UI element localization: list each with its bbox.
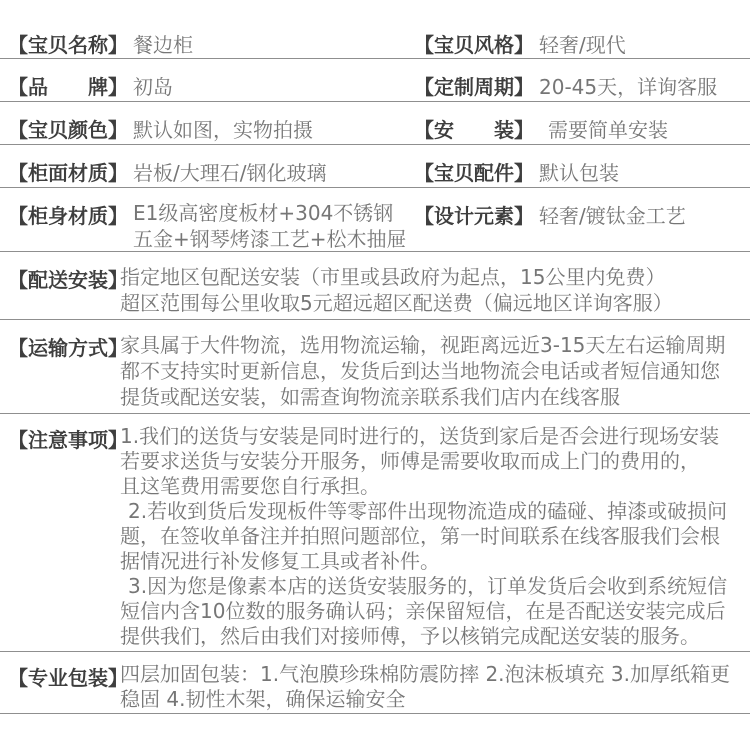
spec-value: 默认包装 (539, 161, 619, 185)
spec-table: 【宝贝名称】餐边柜 【品 牌】初岛 【宝贝颜色】默认如图，实物拍摄 【柜面材质】… (0, 0, 750, 714)
notice-paragraph-1: 1.我们的送货与安装是同时进行的，送货到家后是否会进行现场安装 若要求送货与安装… (120, 424, 750, 499)
spec-label: 【运输方式】 (8, 332, 120, 361)
spec-value-line: 且这笔费用需要您自行承担。 (120, 474, 750, 499)
spec-value: 默认如图，实物拍摄 (133, 118, 313, 142)
spec-row-brand: 【品 牌】初岛 (0, 59, 392, 102)
spec-value: 需要简单安装 (548, 118, 668, 142)
spec-row-custom-period: 【定制周期】20-45天，详询客服 (392, 59, 750, 102)
spec-value-lines: E1级高密度板材+304不锈钢 五金+钢琴烤漆工艺+松木抽屉 (133, 200, 407, 252)
spec-row-style: 【宝贝风格】轻奢/现代 (392, 22, 750, 59)
spec-row-transport-method: 【运输方式】 家具属于大件物流，选用物流运输，视距离远近3-15天左右运输周期 … (0, 320, 750, 414)
spec-value-line: 据情况进行补发修复工具或者补件。 (120, 549, 750, 574)
spec-label: 【宝贝颜色】 (8, 118, 128, 142)
spec-value-line: 短信内含10位数的服务确认码；亲保留短信，在是否配送安装完成后 (120, 599, 750, 624)
spec-value-line: 若要求送货与安装分开服务，师傅是需要收取而成上门的费用的， (120, 449, 750, 474)
spec-value-line: 题，在签收单备注并拍照问题部位，第一时间联系在线客服我们会根 (120, 524, 750, 549)
spec-value: 岩板/大理石/钢化玻璃 (133, 161, 326, 185)
spec-value: 餐边柜 (133, 33, 193, 57)
spec-label: 【宝贝名称】 (8, 33, 128, 57)
spec-value-line: E1级高密度板材+304不锈钢 (133, 200, 407, 226)
spec-value-line: 1.我们的送货与安装是同时进行的，送货到家后是否会进行现场安装 (120, 424, 750, 449)
spec-row-installation: 【安 装】需要简单安装 (392, 102, 750, 145)
spec-label: 【设计元素】 (414, 204, 534, 228)
spec-row-accessories: 【宝贝配件】默认包装 (392, 145, 750, 188)
spec-value-paragraphs: 1.我们的送货与安装是同时进行的，送货到家后是否会进行现场安装 若要求送货与安装… (120, 424, 750, 649)
spec-label: 【定制周期】 (414, 75, 534, 99)
spec-value-line: 五金+钢琴烤漆工艺+松木抽屉 (133, 226, 407, 252)
spec-value-line: 家具属于大件物流，选用物流运输，视距离远近3-15天左右运输周期 (120, 332, 750, 358)
spec-value-line: 超区范围每公里收取5元超远超区配送费（偏远地区详询客服） (120, 290, 750, 316)
spec-label: 【安 装】 (414, 118, 534, 142)
spec-value-line: 提货或配送安装，如需查询物流亲联系我们店内在线客服 (120, 384, 750, 410)
spec-value-line: 都不支持实时更新信息，发货后到达当地物流会电话或者短信通知您 (120, 358, 750, 384)
spec-value-lines: 四层加固包装：1.气泡膜珍珠棉防震防摔 2.泡沫板填充 3.加厚纸箱更 稳固 4… (120, 662, 750, 712)
spec-value: 轻奢/现代 (539, 33, 626, 57)
spec-value-line: 稳固 4.韧性木架，确保运输安全 (120, 687, 750, 712)
spec-label: 【品 牌】 (8, 75, 128, 99)
spec-value-line: 四层加固包装：1.气泡膜珍珠棉防震防摔 2.泡沫板填充 3.加厚纸箱更 (120, 662, 750, 687)
spec-value: 20-45天，详询客服 (539, 75, 717, 99)
spec-row-delivery-install: 【配送安装】 指定地区包配送安装（市里或县政府为起点，15公里内免费） 超区范围… (0, 252, 750, 320)
spec-row-body-material: 【柜身材质】 E1级高密度板材+304不锈钢 五金+钢琴烤漆工艺+松木抽屉 (0, 188, 392, 252)
spec-value-line: 指定地区包配送安装（市里或县政府为起点，15公里内免费） (120, 264, 750, 290)
spec-value-line: 3.因为您是像素本店的送货安装服务的，订单发货后会收到系统短信 (120, 574, 750, 599)
notice-paragraph-3: 3.因为您是像素本店的送货安装服务的，订单发货后会收到系统短信 短信内含10位数… (120, 574, 750, 649)
spec-label: 【配送安装】 (8, 264, 120, 293)
spec-label: 【注意事项】 (8, 424, 120, 453)
spec-row-color: 【宝贝颜色】默认如图，实物拍摄 (0, 102, 392, 145)
notice-paragraph-2: 2.若收到货后发现板件等零部件出现物流造成的磕碰、掉漆或破损问 题，在签收单备注… (120, 499, 750, 574)
spec-value: 初岛 (133, 75, 173, 99)
spec-row-professional-packing: 【专业包装】 四层加固包装：1.气泡膜珍珠棉防震防摔 2.泡沫板填充 3.加厚纸… (0, 652, 750, 714)
spec-row-notice: 【注意事项】 1.我们的送货与安装是同时进行的，送货到家后是否会进行现场安装 若… (0, 414, 750, 652)
spec-value-lines: 家具属于大件物流，选用物流运输，视距离远近3-15天左右运输周期 都不支持实时更… (120, 332, 750, 410)
spec-value-lines: 指定地区包配送安装（市里或县政府为起点，15公里内免费） 超区范围每公里收取5元… (120, 264, 750, 316)
spec-value-line: 2.若收到货后发现板件等零部件出现物流造成的磕碰、掉漆或破损问 (120, 499, 750, 524)
spec-label: 【柜面材质】 (8, 161, 128, 185)
spec-row-countertop-material: 【柜面材质】岩板/大理石/钢化玻璃 (0, 145, 392, 188)
spec-value: 轻奢/镀钛金工艺 (539, 204, 686, 228)
spec-label: 【宝贝配件】 (414, 161, 534, 185)
spec-label: 【专业包装】 (8, 662, 120, 691)
spec-value-line: 提供我们，然后由我们对接师傅，予以核销完成配送安装的服务。 (120, 624, 750, 649)
spec-label: 【柜身材质】 (8, 200, 128, 229)
spec-row-product-name: 【宝贝名称】餐边柜 (0, 22, 392, 59)
spec-row-design-elements: 【设计元素】轻奢/镀钛金工艺 (392, 188, 750, 252)
spec-label: 【宝贝风格】 (414, 33, 534, 57)
product-spec-page: 【宝贝名称】餐边柜 【品 牌】初岛 【宝贝颜色】默认如图，实物拍摄 【柜面材质】… (0, 0, 750, 731)
spec-two-column-section: 【宝贝名称】餐边柜 【品 牌】初岛 【宝贝颜色】默认如图，实物拍摄 【柜面材质】… (0, 22, 750, 252)
